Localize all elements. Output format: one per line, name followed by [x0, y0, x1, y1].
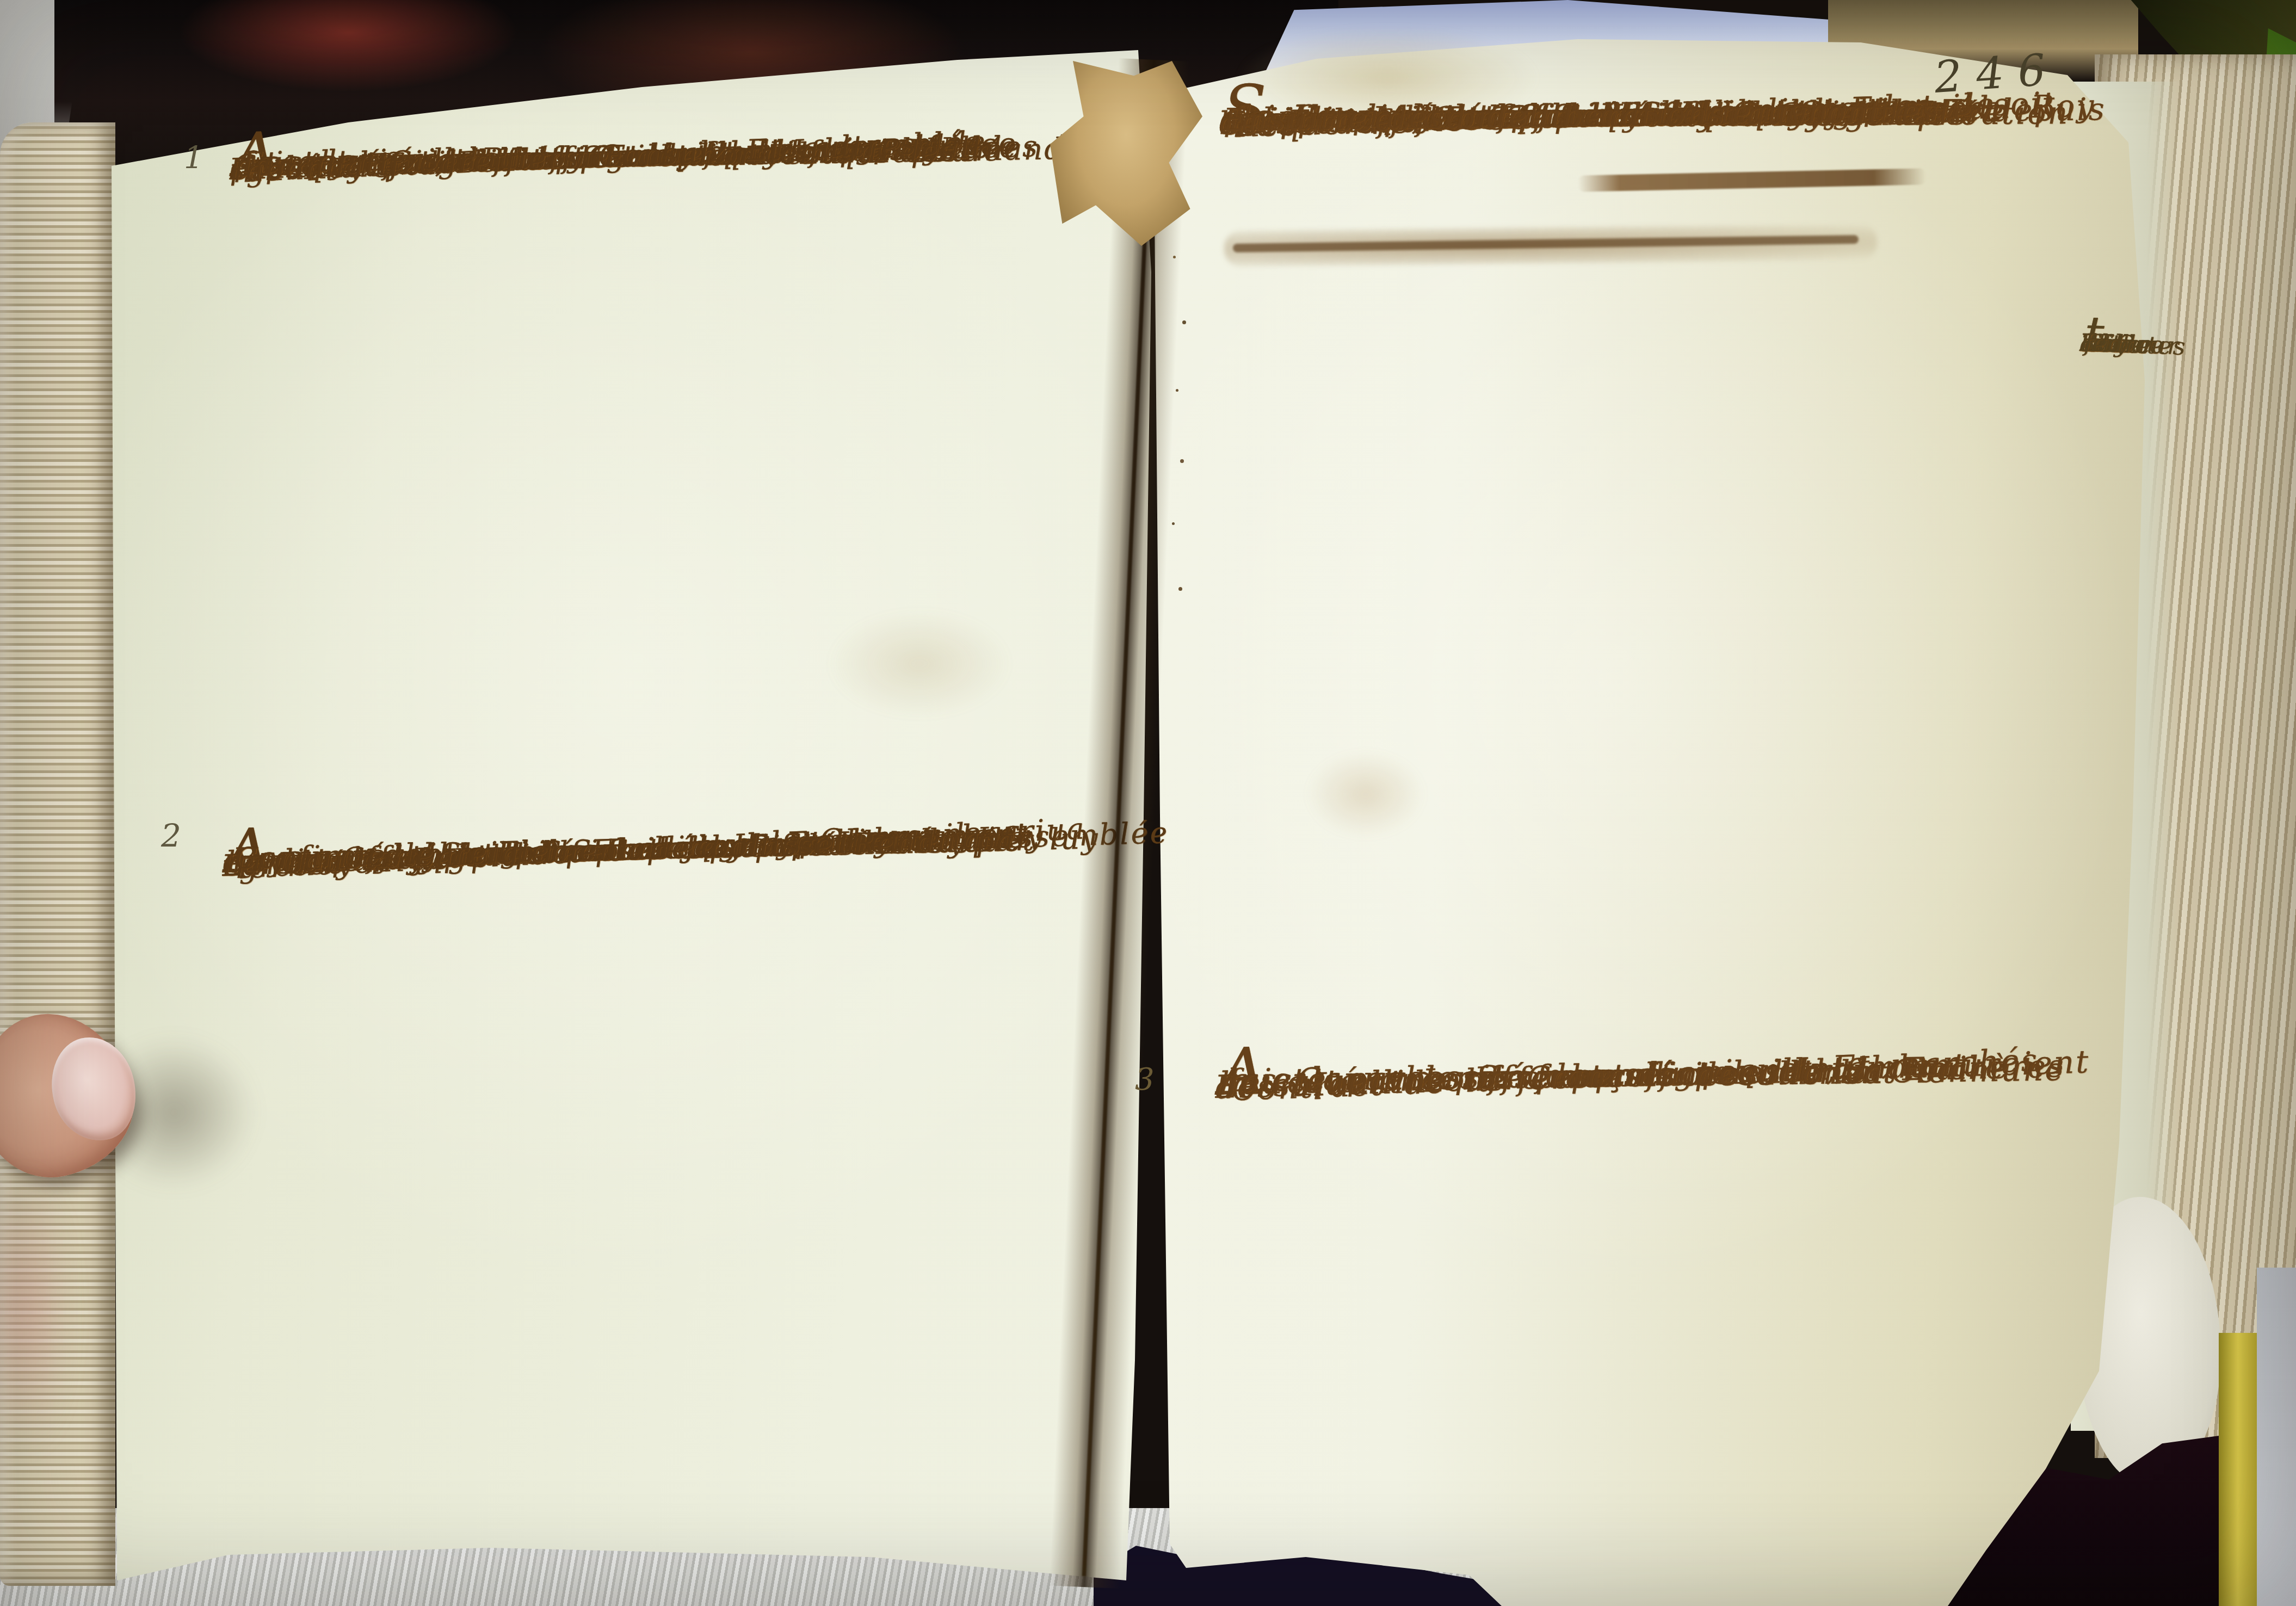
- blurred-finger-edge: [0, 1175, 65, 1447]
- background-wall-corner: [2257, 1268, 2296, 1606]
- parchment-stain: [827, 609, 1012, 718]
- parchment-stain: [1306, 751, 1425, 838]
- manuscript-line: faicte par le Sr françois decollonca —: [1227, 1047, 1937, 1105]
- photo-of-open-manuscript-register: 1 2 Auquel Consl ledt Sieur mre a faict …: [0, 0, 2296, 1606]
- gilt-cover-edge: [2219, 1333, 2261, 1606]
- margin-item-number-2: 2: [161, 817, 181, 854]
- manuscript-fragment: edre: [2092, 319, 2153, 370]
- margin-item-number-1: 1: [184, 140, 203, 176]
